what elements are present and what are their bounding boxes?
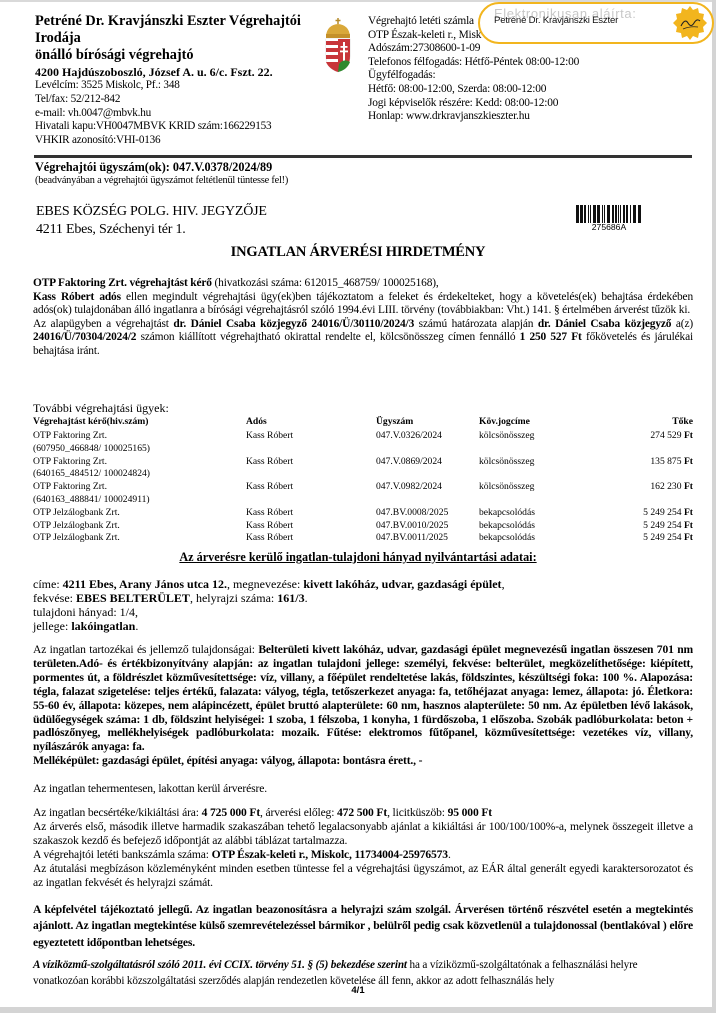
currency: Ft bbox=[684, 481, 693, 492]
hungarian-coat-of-arms-icon bbox=[323, 18, 353, 74]
cell-claim-type: kölcsönösszeg bbox=[479, 481, 534, 494]
cell-creditor: OTP Jelzálogbank Zrt. bbox=[33, 532, 120, 545]
office-name-line2: Irodája bbox=[35, 30, 315, 47]
cell-case-number: 047.BV.0011/2025 bbox=[376, 532, 448, 545]
other-cases-table: Végrehajtást kérő(hiv.szám) Adós Ügyszám… bbox=[33, 416, 693, 545]
auction-deposit: 472 500 Ft bbox=[337, 806, 387, 819]
principal-value: 162 230 bbox=[650, 481, 681, 492]
debtor: Kass Róbert adós bbox=[33, 291, 121, 303]
viewer-page-separator bbox=[0, 1007, 716, 1013]
cell-creditor-reference: (640165_484512/ 100024824) bbox=[33, 468, 150, 481]
cell-case-number: 047.BV.0010/2025 bbox=[376, 520, 448, 533]
barcode bbox=[576, 205, 642, 223]
office-role: önálló bírósági végrehajtó bbox=[35, 47, 315, 64]
table-row-reference: (640165_484512/ 100024824) bbox=[33, 468, 693, 481]
currency: Ft bbox=[684, 430, 693, 441]
website: Honlap: www.drkravjanszkieszter.hu bbox=[368, 110, 708, 124]
transfer-instructions: Az átutalási megbízáson közleményként mi… bbox=[33, 862, 693, 890]
deposit-label: , árverési előleg: bbox=[260, 806, 337, 819]
column-header-claim-type: Köv.jogcíme bbox=[479, 416, 530, 429]
table-row: OTP Jelzálogbank Zrt.Kass Róbert047.BV.0… bbox=[33, 532, 693, 545]
cell-case-number: 047.V.0982/2024 bbox=[376, 481, 442, 494]
table-row: OTP Faktoring Zrt.Kass Róbert047.V.0982/… bbox=[33, 481, 693, 494]
cell-creditor: OTP Faktoring Zrt. bbox=[33, 430, 107, 443]
currency: Ft bbox=[684, 520, 693, 531]
case-number-note: (beadványában a végrehajtói ügyszámot fe… bbox=[35, 175, 288, 186]
intro-text: ellen megindult végrehajtási ügy(ek)ben … bbox=[33, 291, 693, 317]
intro-paragraph: OTP Faktoring Zrt. végrehajtást kérő (hi… bbox=[33, 277, 693, 358]
email: e-mail: vh.0047@mbvk.hu bbox=[35, 107, 315, 121]
principal-value: 135 875 bbox=[650, 456, 681, 467]
signature-seal-icon bbox=[672, 5, 708, 41]
case-number-label: Végrehajtói ügyszám(ok): bbox=[35, 160, 170, 174]
water-law-reference: A víziközmű-szolgáltatásról szóló 2011. … bbox=[33, 959, 407, 971]
column-header-case-number: Ügyszám bbox=[376, 416, 413, 429]
enforceable-document-number: 24016/Ü/70304/2024/2 bbox=[33, 331, 136, 343]
lawyer-hours: Jogi képviselők részére: Kedd: 08:00-12:… bbox=[368, 97, 708, 111]
basis-text: a(z) bbox=[671, 318, 693, 330]
basis-text: Az alapügyben a végrehajtást bbox=[33, 318, 173, 330]
cell-principal: 5 249 254 Ft bbox=[643, 520, 693, 533]
features-text: Belterületi kivett lakóház, udvar, gazda… bbox=[33, 643, 693, 753]
mailing-address: Levélcím: 3525 Miskolc, Pf.: 348 bbox=[35, 79, 315, 93]
document-title: INGATLAN ÁRVERÉSI HIRDETMÉNY bbox=[0, 244, 716, 261]
name-label: , megnevezése: bbox=[227, 577, 303, 591]
table-row: OTP Faktoring Zrt.Kass Róbert047.V.0869/… bbox=[33, 456, 693, 469]
property-location: EBES BELTERÜLET bbox=[76, 591, 190, 605]
recipient-block: EBES KÖZSÉG POLG. HIV. JEGYZŐJE 4211 Ebe… bbox=[36, 203, 267, 239]
table-row: OTP Jelzálogbank Zrt.Kass Róbert047.BV.0… bbox=[33, 520, 693, 533]
table-row-reference: (607950_466848/ 100025165) bbox=[33, 443, 693, 456]
bank-label: A végrehajtói letéti bankszámla száma: bbox=[33, 848, 212, 861]
phone-hours: Telefonos félfogadás: Hétfő-Péntek 08:00… bbox=[368, 56, 708, 70]
cell-case-number: 047.V.0326/2024 bbox=[376, 430, 442, 443]
principal-value: 274 529 bbox=[650, 430, 681, 441]
notary-decision: dr. Dániel Csaba közjegyző 24016/Ü/30110… bbox=[173, 318, 414, 330]
tax-number: Adószám:27308600-1-09 bbox=[368, 42, 708, 56]
cell-creditor-reference: (640163_488841/ 100024911) bbox=[33, 494, 150, 507]
bid-step-label: , licitküszöb: bbox=[387, 806, 448, 819]
property-address: 4211 Ebes, Arany János utca 12. bbox=[63, 577, 227, 591]
outbuilding-text: Melléképület: gazdasági épület, építési … bbox=[33, 754, 693, 768]
cell-creditor: OTP Jelzálogbank Zrt. bbox=[33, 520, 120, 533]
header-divider bbox=[34, 155, 692, 158]
cell-principal: 5 249 254 Ft bbox=[643, 532, 693, 545]
principal-value: 5 249 254 bbox=[643, 520, 681, 531]
cell-claim-type: kölcsönösszeg bbox=[479, 430, 534, 443]
address-label: címe: bbox=[33, 577, 63, 591]
cell-creditor: OTP Jelzálogbank Zrt. bbox=[33, 507, 120, 520]
principal-value: 5 249 254 bbox=[643, 507, 681, 518]
viewer-scrollbar-gutter[interactable] bbox=[712, 0, 716, 1013]
table-header: Végrehajtást kérő(hiv.szám) Adós Ügyszám… bbox=[33, 416, 693, 430]
encumbrance-status: Az ingatlan tehermentesen, lakottan kerü… bbox=[33, 782, 693, 796]
property-section-title: Az árverésre kerülő ingatlan-tulajdoni h… bbox=[0, 550, 716, 565]
property-share: 1/4 bbox=[120, 605, 135, 619]
cell-creditor-reference: (607950_466848/ 100025165) bbox=[33, 443, 150, 456]
location-label: fekvése: bbox=[33, 591, 76, 605]
case-number-value: 047.V.0378/2024/89 bbox=[173, 160, 272, 174]
cell-creditor: OTP Faktoring Zrt. bbox=[33, 481, 107, 494]
cell-debtor: Kass Róbert bbox=[246, 520, 293, 533]
cell-debtor: Kass Róbert bbox=[246, 507, 293, 520]
currency: Ft bbox=[684, 532, 693, 543]
cell-debtor: Kass Róbert bbox=[246, 481, 293, 494]
cell-creditor: OTP Faktoring Zrt. bbox=[33, 456, 107, 469]
type-label: jellege: bbox=[33, 619, 71, 633]
case-number: Végrehajtói ügyszám(ok): 047.V.0378/2024… bbox=[35, 160, 272, 175]
creditor: OTP Faktoring Zrt. végrehajtást kérő bbox=[33, 277, 212, 289]
cell-claim-type: bekapcsolódás bbox=[479, 507, 535, 520]
basis-text: számú határozata alapján bbox=[414, 318, 538, 330]
cell-debtor: Kass Róbert bbox=[246, 456, 293, 469]
auction-stages-text: Az árverés első, második illetve harmadi… bbox=[33, 820, 693, 848]
principal-value: 5 249 254 bbox=[643, 532, 681, 543]
office-name-line1: Petréné Dr. Kravjánszki Eszter Végrehajt… bbox=[35, 13, 315, 30]
office-gateway: Hivatali kapu:VH0047MBVK KRID szám:16622… bbox=[35, 120, 315, 134]
property-details: címe: 4211 Ebes, Arany János utca 12., m… bbox=[33, 578, 505, 634]
recipient-name: EBES KÖZSÉG POLG. HIV. JEGYZŐJE bbox=[36, 203, 267, 221]
starting-price: 4 725 000 Ft bbox=[202, 806, 260, 819]
notary-name: dr. Dániel Csaba közjegyző bbox=[538, 318, 672, 330]
currency: Ft bbox=[684, 507, 693, 518]
client-hours-label: Ügyfélfogadás: bbox=[368, 69, 708, 83]
creditor-reference: (hivatkozási száma: 612015_468759/ 10002… bbox=[212, 277, 439, 289]
principal-amount: 1 250 527 Ft bbox=[520, 331, 582, 343]
viewing-note: A képfelvétel tájékoztató jellegű. Az in… bbox=[33, 902, 693, 951]
property-type: lakóingatlan bbox=[71, 619, 135, 633]
vhkir-id: VHKIR azonosító:VHI-0136 bbox=[35, 134, 315, 148]
cell-claim-type: kölcsönösszeg bbox=[479, 456, 534, 469]
signer-name: Petréné Dr. Kravjánszki Eszter bbox=[494, 15, 618, 26]
table-row-reference: (640163_488841/ 100024911) bbox=[33, 494, 693, 507]
cell-debtor: Kass Róbert bbox=[246, 532, 293, 545]
property-designation: kivett lakóház, udvar, gazdasági épület bbox=[303, 577, 501, 591]
pricing-block: Az ingatlan becsértéke/kikiáltási ára: 4… bbox=[33, 806, 693, 889]
office-header: Petréné Dr. Kravjánszki Eszter Végrehajt… bbox=[35, 13, 315, 148]
cell-claim-type: bekapcsolódás bbox=[479, 532, 535, 545]
column-header-creditor: Végrehajtást kérő(hiv.szám) bbox=[33, 416, 148, 429]
cell-principal: 5 249 254 Ft bbox=[643, 507, 693, 520]
table-row: OTP Jelzálogbank Zrt.Kass Róbert047.BV.0… bbox=[33, 507, 693, 520]
property-lot-number: 161/3 bbox=[277, 591, 304, 605]
other-cases-label: További végrehajtási ügyek: bbox=[33, 401, 169, 416]
cell-principal: 135 875 Ft bbox=[650, 456, 693, 469]
price-label: Az ingatlan becsértéke/kikiáltási ára: bbox=[33, 806, 202, 819]
bid-step: 95 000 Ft bbox=[448, 806, 492, 819]
column-header-debtor: Adós bbox=[246, 416, 267, 429]
cell-debtor: Kass Róbert bbox=[246, 430, 293, 443]
barcode-number: 275686A bbox=[576, 222, 642, 232]
bank-account: OTP Észak-keleti r., Miskolc, 11734004-2… bbox=[212, 848, 448, 861]
recipient-address: 4211 Ebes, Széchenyi tér 1. bbox=[36, 221, 267, 239]
client-hours: Hétfő: 08:00-12:00, Szerda: 08:00-12:00 bbox=[368, 83, 708, 97]
property-features: Az ingatlan tartozékai és jellemző tulaj… bbox=[33, 643, 693, 768]
lot-label: , helyrajzi száma: bbox=[190, 591, 277, 605]
cell-case-number: 047.BV.0008/2025 bbox=[376, 507, 448, 520]
phone-fax: Tel/fax: 52/212-842 bbox=[35, 93, 315, 107]
basis-text: számon kiállított végrehajtható okiratta… bbox=[136, 331, 519, 343]
table-row: OTP Faktoring Zrt.Kass Róbert047.V.0326/… bbox=[33, 430, 693, 443]
electronic-signature-badge[interactable]: Elektronikusan aláírta: Petréné Dr. Krav… bbox=[478, 2, 714, 44]
cell-principal: 162 230 Ft bbox=[650, 481, 693, 494]
cell-claim-type: bekapcsolódás bbox=[479, 520, 535, 533]
share-label: tulajdoni hányad: bbox=[33, 605, 120, 619]
cell-case-number: 047.V.0869/2024 bbox=[376, 456, 442, 469]
page-number: 4/1 bbox=[0, 985, 716, 996]
column-header-principal: Tőke bbox=[672, 416, 693, 429]
features-label: Az ingatlan tartozékai és jellemző tulaj… bbox=[33, 643, 258, 656]
cell-principal: 274 529 Ft bbox=[650, 430, 693, 443]
office-address: 4200 Hajdúszoboszló, József A. u. 6/c. F… bbox=[35, 65, 315, 79]
currency: Ft bbox=[684, 456, 693, 467]
